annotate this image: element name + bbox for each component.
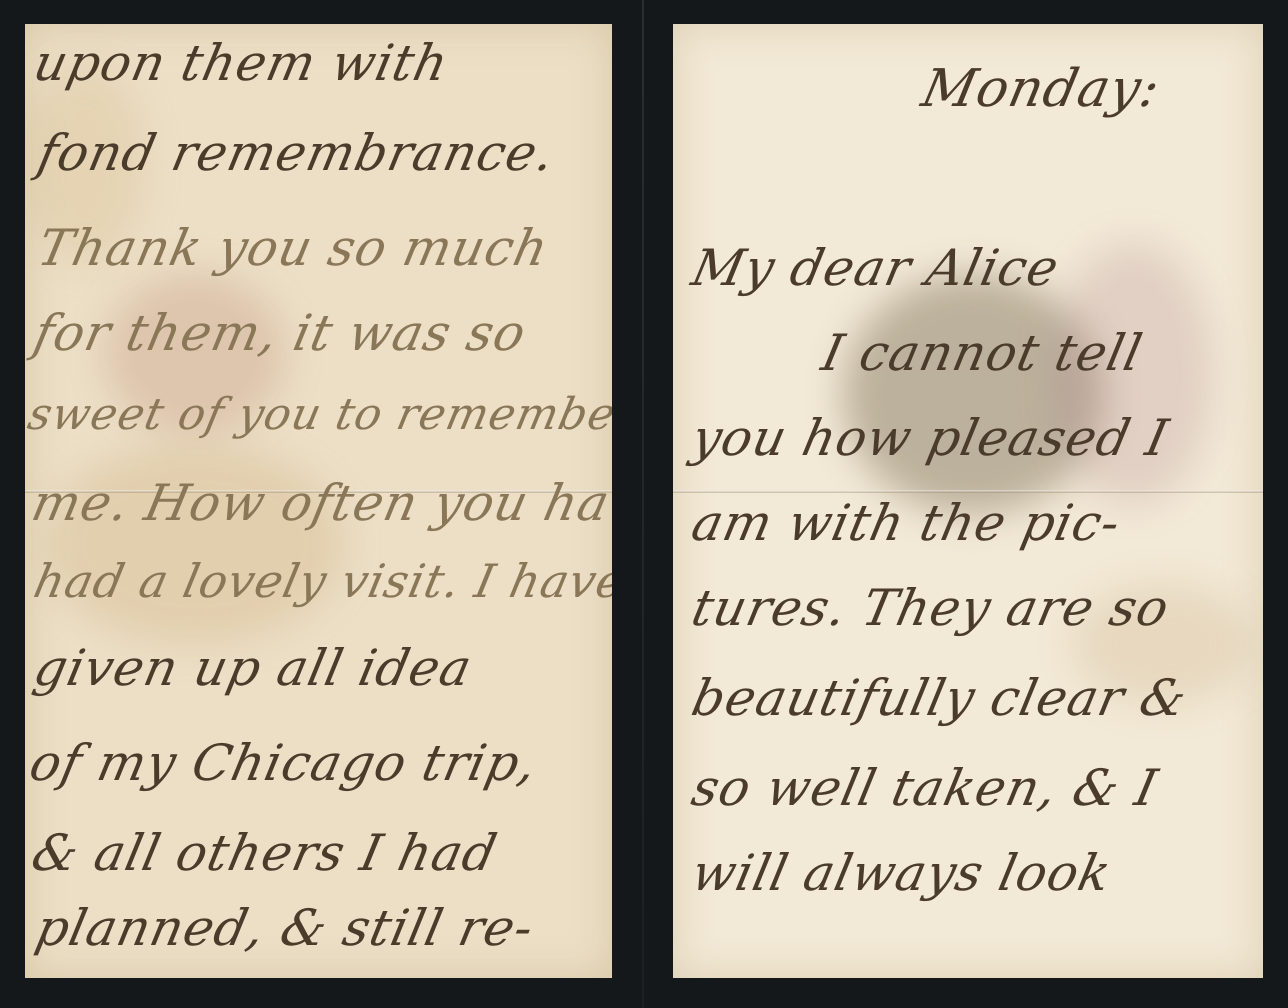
letter-line: me. How often you have: [27, 474, 612, 532]
letter-page-left: upon them with fond remembrance. Thank y…: [25, 24, 612, 978]
letter-line: for them, it was so: [29, 304, 532, 362]
letter-line: am with the pic-: [687, 494, 1126, 552]
letter-line: had a lovely visit. I have: [29, 554, 612, 608]
letter-line: you how pleased I: [687, 409, 1174, 467]
paper-crease: [673, 490, 1263, 493]
letter-line: I cannot tell: [817, 324, 1148, 382]
letter-line: Thank you so much: [33, 219, 554, 277]
letter-line: given up all idea: [29, 639, 477, 697]
letter-page-right: Monday: My dear Alice I cannot tell you …: [673, 24, 1263, 978]
letter-line: so well taken, & I: [687, 759, 1163, 817]
letter-line: planned, & still re-: [31, 899, 539, 957]
letter-line: beautifully clear &: [687, 669, 1193, 727]
center-binding: [642, 0, 644, 1008]
letter-date: Monday:: [917, 59, 1166, 119]
letter-line: will always look: [687, 844, 1117, 902]
letter-line: of my Chicago trip,: [25, 734, 542, 792]
letter-line: tures. They are so: [687, 579, 1175, 637]
letter-line: upon them with: [29, 34, 454, 92]
letter-line: sweet of you to remember: [25, 389, 612, 440]
letter-line: fond remembrance.: [33, 124, 560, 182]
letter-line: & all others I had: [27, 824, 503, 882]
salutation: My dear Alice: [687, 239, 1065, 297]
